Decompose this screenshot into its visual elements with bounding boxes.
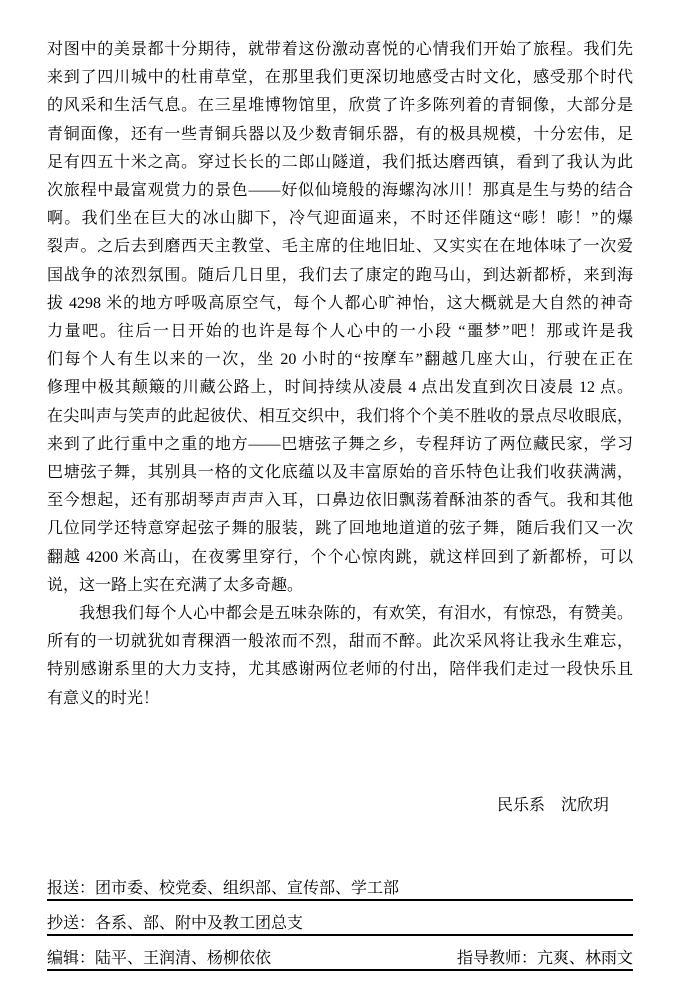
text-line: 足有四五十米之高。穿过长长的二郎山隧道，我们抵达磨西镇，看到了我认为此 (47, 149, 633, 177)
text-line: 力量吧。往后一日开始的也许是每个人心中的一小段 “噩梦”吧！那或许是我 (47, 318, 633, 346)
text-line: 来到了四川城中的杜甫草堂，在那里我们更深切地感受古时文化，感受那个时代 (47, 64, 633, 92)
text-line: 青铜面像，还有一些青铜兵器以及少数青铜乐器，有的极具规模，十分宏伟，足 (47, 121, 633, 149)
copy-to-content: 各系、部、附中及教工团总支 (95, 915, 303, 932)
text-line: 翻越 4200 米高山，在夜雾里穿行，个个心惊肉跳，就这样回到了新都桥，可以 (47, 544, 633, 572)
text-line: 对图中的美景都十分期待，就带着这份激动喜悦的心情我们开始了旅程。我们先 (47, 36, 633, 64)
text-line: 有意义的时光！ (47, 685, 633, 713)
editor-label: 编辑： (47, 950, 95, 967)
text-line: 国战争的浓烈氛围。随后几日里，我们去了康定的跑马山，到达新都桥，来到海 (47, 262, 633, 290)
text-line: 来到了此行重中之重的地方——巴塘弦子舞之乡，专程拜访了两位藏民家，学习 (47, 431, 633, 459)
text-line: 们每个人有生以来的一次，坐 20 小时的“按摩车”翻越几座大山，行驶在正在 (47, 346, 633, 374)
editor-content: 陆平、王润清、杨柳依依 (95, 950, 271, 967)
text-line: 修理中极其颠簸的川藏公路上，时间持续从凌晨 4 点出发直到次日凌晨 12 点。 (47, 374, 633, 402)
text-line: 裂声。之后去到磨西天主教堂、毛主席的住地旧址、又实实在在地体味了一次爱 (47, 233, 633, 261)
text-line: 所有的一切就犹如青稞酒一般浓而不烈，甜而不醉。此次采风将让我永生难忘， (47, 628, 633, 656)
report-to-row: 报送：团市委、校党委、组织部、宣传部、学工部 (47, 866, 633, 901)
text-line: 巴塘弦子舞，其别具一格的文化底蕴以及丰富原始的音乐特色让我们收获满满， (47, 459, 633, 487)
paragraph: 对图中的美景都十分期待，就带着这份激动喜悦的心情我们开始了旅程。我们先来到了四川… (47, 36, 633, 600)
advisor-text: 指导教师：亢爽、林雨文 (457, 945, 633, 968)
letter-body: 对图中的美景都十分期待，就带着这份激动喜悦的心情我们开始了旅程。我们先来到了四川… (47, 36, 633, 820)
text-line: 在尖叫声与笑声的此起彼伏、相互交织中，我们将个个美不胜收的景点尽收眼底， (47, 403, 633, 431)
editor-text: 编辑：陆平、王润清、杨柳依依 (47, 945, 271, 968)
text-line: 我想我们每个人心中都会是五味杂陈的，有欢笑，有泪水，有惊恐，有赞美。 (47, 600, 633, 628)
paragraph: 我想我们每个人心中都会是五味杂陈的，有欢笑，有泪水，有惊恐，有赞美。所有的一切就… (47, 600, 633, 713)
editor-row: 编辑：陆平、王润清、杨柳依依 指导教师：亢爽、林雨文 (47, 936, 633, 971)
advisor-label: 指导教师： (457, 950, 537, 967)
report-to-label: 报送： (47, 880, 95, 897)
advisor-content: 亢爽、林雨文 (537, 950, 633, 967)
text-line: 次旅程中最富观赏力的景色——好似仙境般的海螺沟冰川！那真是生与势的结合 (47, 177, 633, 205)
text-line: 啊。我们坐在巨大的冰山脚下，冷气迎面逼来，不时还伴随这“嘭！嘭！”的爆 (47, 205, 633, 233)
copy-to-row: 抄送：各系、部、附中及教工团总支 (47, 901, 633, 936)
copy-to-text: 抄送：各系、部、附中及教工团总支 (47, 910, 303, 933)
text-line: 特别感谢系里的大力支持，尤其感谢两位老师的付出，陪伴我们走过一段快乐且 (47, 656, 633, 684)
distribution-section: 报送：团市委、校党委、组织部、宣传部、学工部 抄送：各系、部、附中及教工团总支 … (47, 866, 633, 971)
document-page: 对图中的美景都十分期待，就带着这份激动喜悦的心情我们开始了旅程。我们先来到了四川… (0, 0, 680, 1006)
text-line: 说，这一路上实在充满了太多奇趣。 (47, 572, 633, 600)
copy-to-label: 抄送： (47, 915, 95, 932)
text-line: 的风采和生活气息。在三星堆博物馆里，欣赏了许多陈列着的青铜像，大部分是 (47, 92, 633, 120)
report-to-text: 报送：团市委、校党委、组织部、宣传部、学工部 (47, 875, 399, 898)
text-line: 几位同学还特意穿起弦子舞的服装，跳了回地地道道的弦子舞，随后我们又一次 (47, 515, 633, 543)
text-line: 至今想起，还有那胡琴声声声入耳，口鼻边依旧飘荡着酥油茶的香气。我和其他 (47, 487, 633, 515)
body-paragraphs: 对图中的美景都十分期待，就带着这份激动喜悦的心情我们开始了旅程。我们先来到了四川… (47, 36, 633, 713)
text-line: 拔 4298 米的地方呼吸高原空气，每个人都心旷神怡，这大概就是大自然的神奇 (47, 290, 633, 318)
report-to-content: 团市委、校党委、组织部、宣传部、学工部 (95, 880, 399, 897)
signature-line: 民乐系 沈欣玥 (47, 792, 633, 820)
